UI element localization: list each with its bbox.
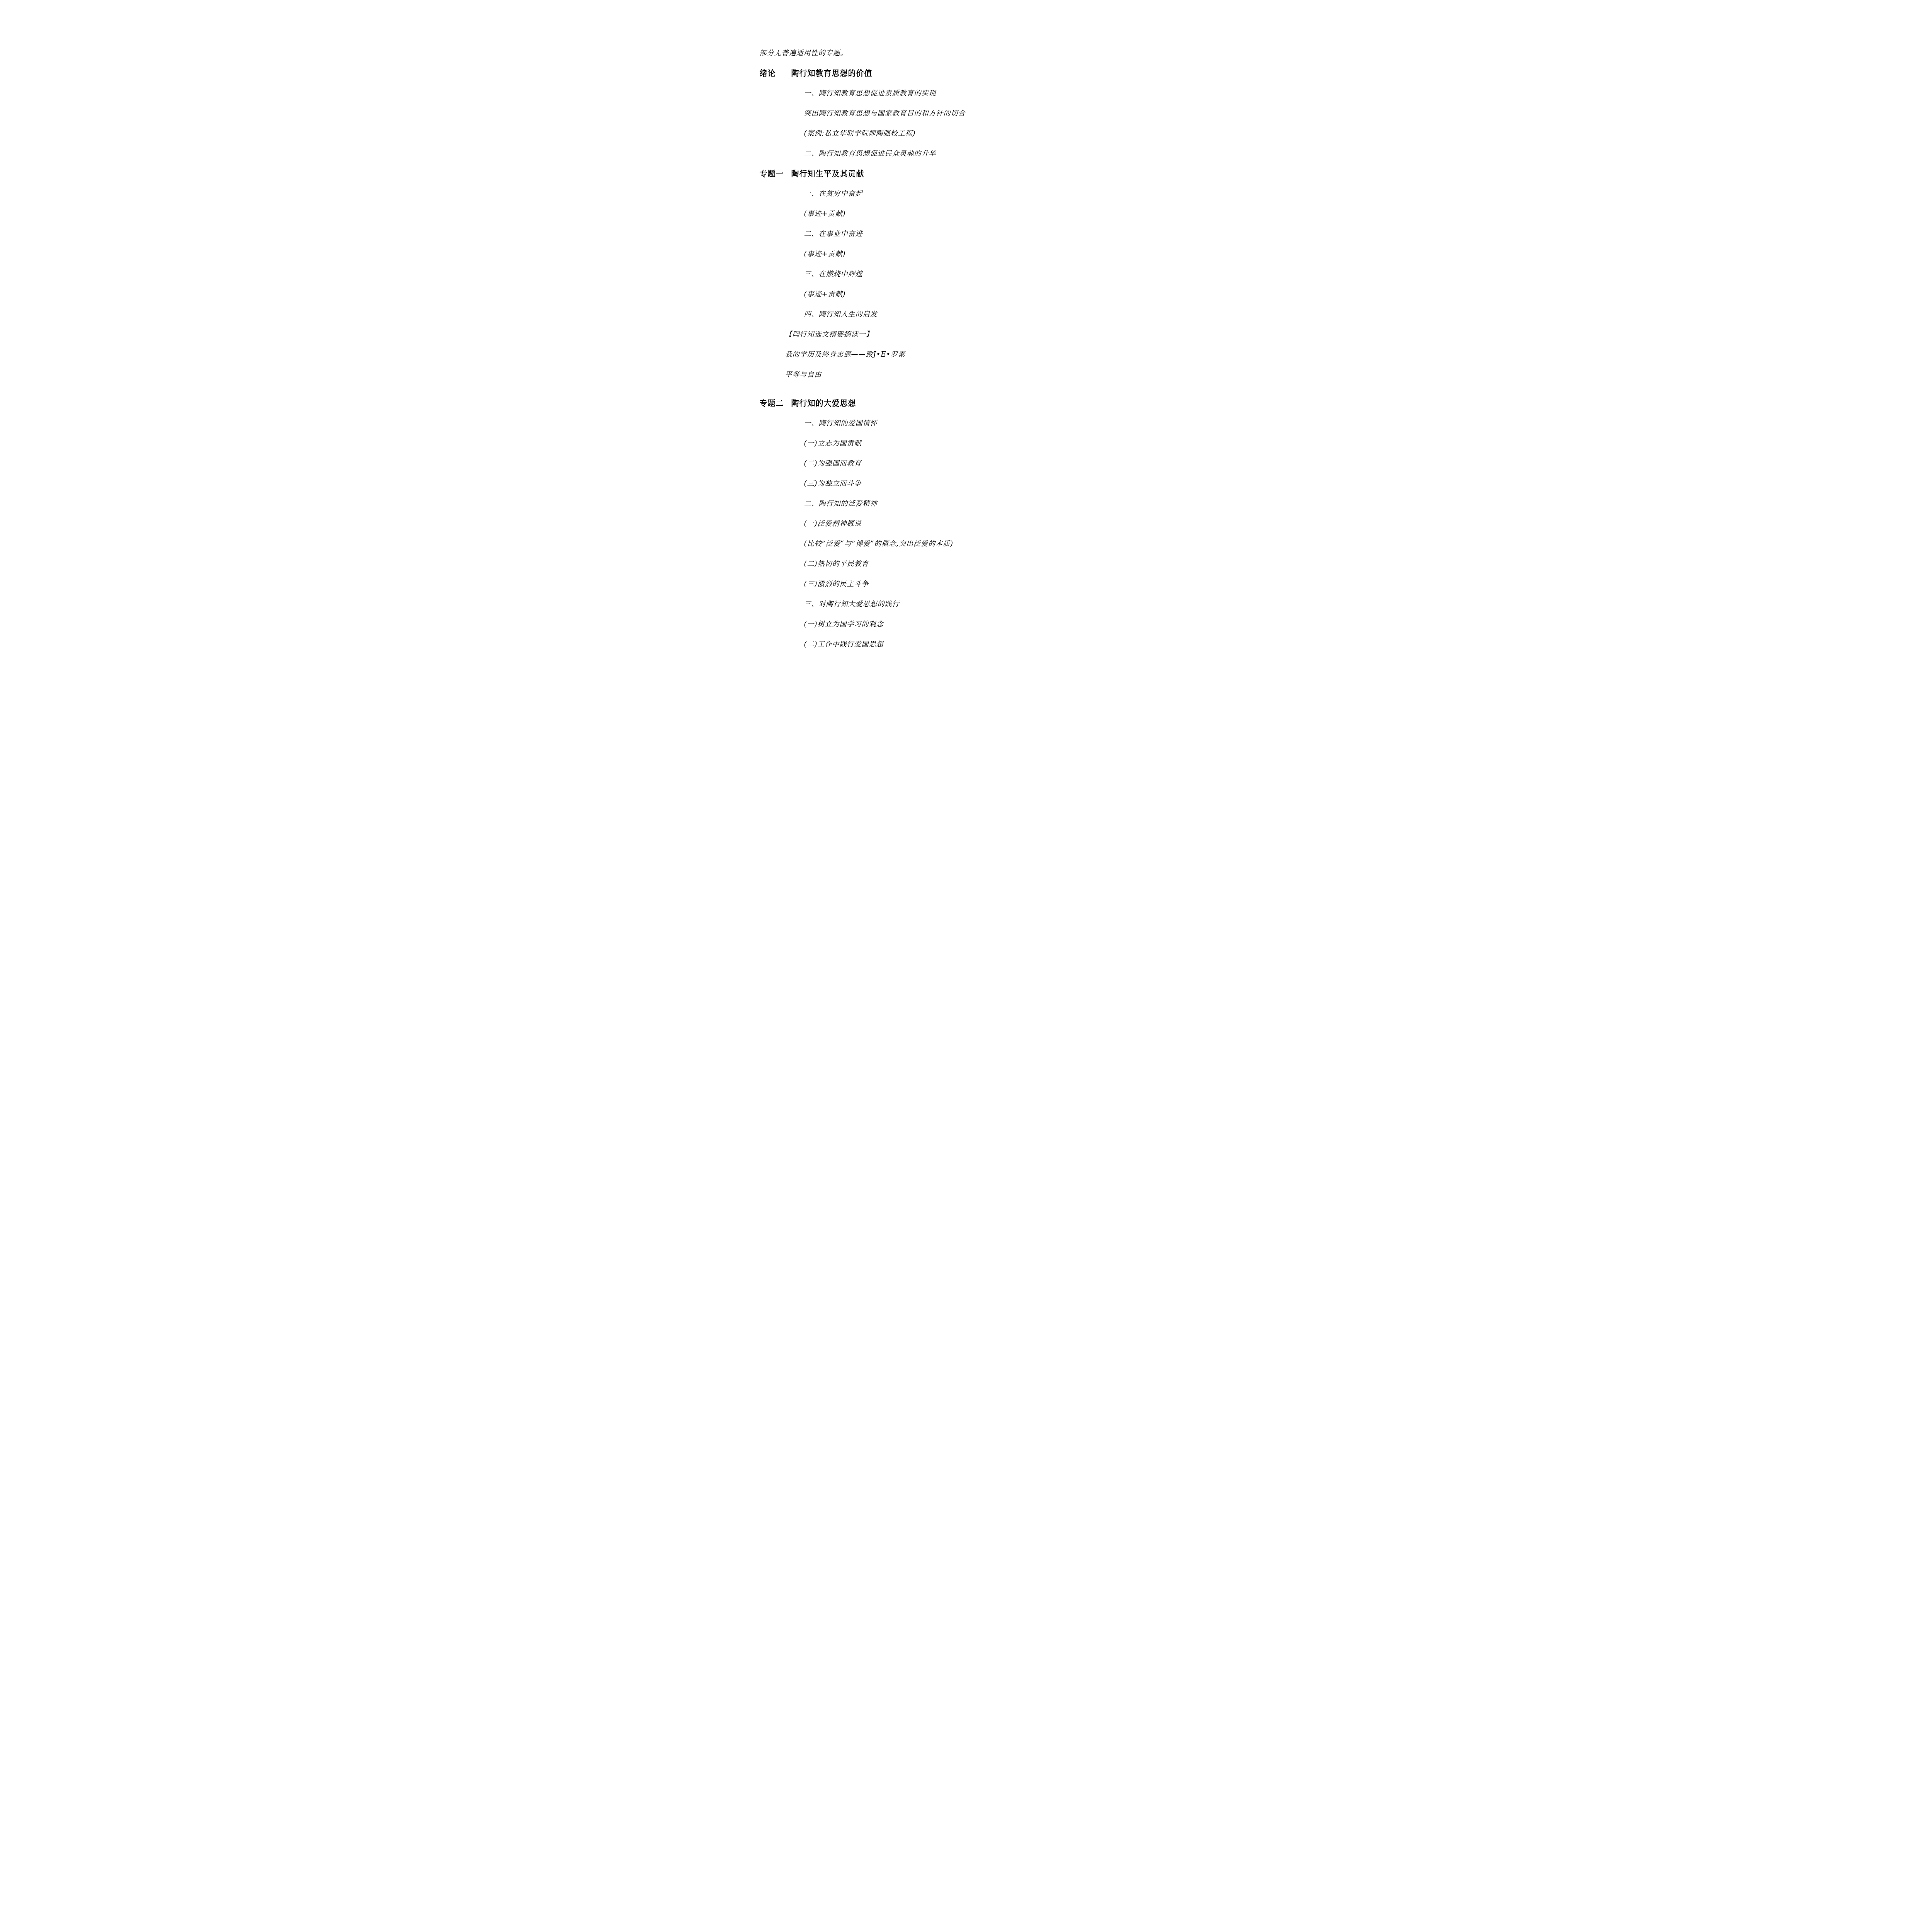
outline-line: 三、在燃烧中辉煌 [804,264,1163,284]
outline-line: 【陶行知选文精要摘读一】 [785,325,1163,345]
outline-line: 一、陶行知的爱国情怀 [804,413,1163,434]
outline-line: (一)泛爱精神概说 [804,514,1163,534]
section-label: 专题二 [760,393,791,413]
outline-line: 一、在贫穷中奋起 [804,184,1163,204]
outline-line: (事迹+贡献) [804,244,1163,264]
section-heading: 绪论陶行知教育思想的价值 [760,63,1163,83]
outline-line: 我的学历及终身志愿——致J•E•罗素 [785,345,1163,365]
outline-line: (三)激烈的民主斗争 [804,574,1163,594]
outline-line: (一)树立为国学习的观念 [804,614,1163,634]
outline-line: (案例:私立华联学院师陶强校工程) [804,124,1163,144]
outline-line: 部分无普遍适用性的专题。 [760,43,1163,63]
section-title: 陶行知生平及其贡献 [791,169,864,179]
outline-line: (二)热切的平民教育 [804,554,1163,574]
document-content: 部分无普遍适用性的专题。绪论陶行知教育思想的价值一、陶行知教育思想促进素质教育的… [760,43,1163,655]
outline-line: (二)工作中践行爱国思想 [804,634,1163,655]
outline-line: (三)为独立而斗争 [804,474,1163,494]
outline-line: 四、陶行知人生的启发 [804,304,1163,325]
outline-line: 平等与自由 [785,365,1163,385]
outline-line: (二)为强国而教育 [804,454,1163,474]
section-title: 陶行知的大爱思想 [791,399,856,408]
outline-line: 一、陶行知教育思想促进素质教育的实现 [804,83,1163,104]
document-page: 部分无普遍适用性的专题。绪论陶行知教育思想的价值一、陶行知教育思想促进素质教育的… [719,0,1198,678]
outline-line: (比较“泛爱”与“博爱”的概念,突出泛爱的本质) [804,534,1163,554]
outline-line: 二、陶行知的泛爱精神 [804,494,1163,514]
section-title: 陶行知教育思想的价值 [791,69,873,78]
outline-line: 突出陶行知教育思想与国家教育目的和方针的切合 [804,104,1163,124]
outline-line: 二、在事业中奋进 [804,224,1163,244]
outline-line: 二、陶行知教育思想促进民众灵魂的升华 [804,144,1163,164]
section-label: 绪论 [760,63,791,83]
outline-line: 三、对陶行知大爱思想的践行 [804,594,1163,614]
blank-line [760,385,1163,393]
outline-line: (事迹+贡献) [804,284,1163,304]
outline-line: (事迹+贡献) [804,204,1163,224]
section-label: 专题一 [760,164,791,184]
outline-line: (一)立志为国贡献 [804,434,1163,454]
section-heading: 专题一陶行知生平及其贡献 [760,164,1163,184]
section-heading: 专题二陶行知的大爱思想 [760,393,1163,413]
